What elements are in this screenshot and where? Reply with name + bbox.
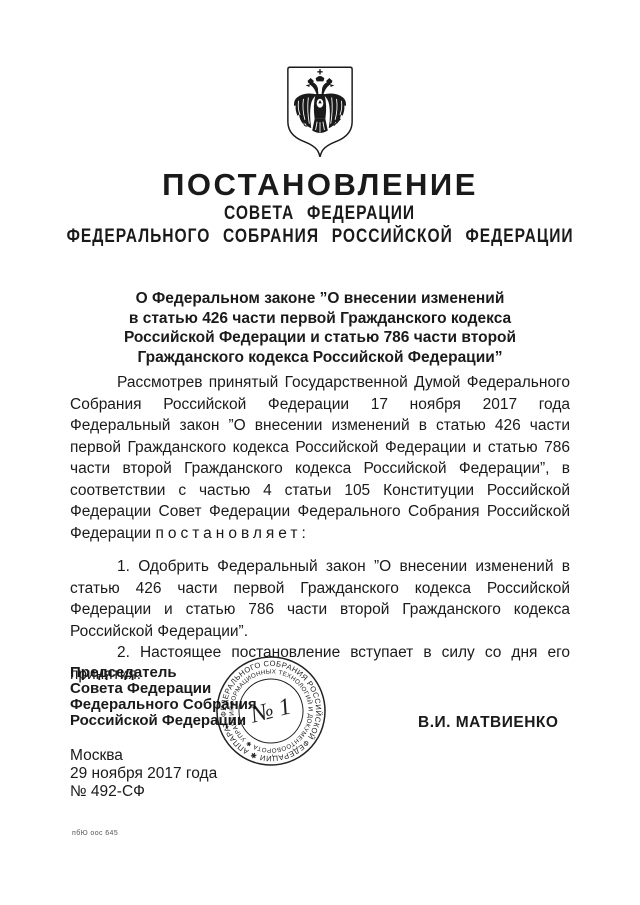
preamble-text: Рассмотрев принятый Государственной Думо… <box>70 374 570 542</box>
subject-line: Российской Федерации и статью 786 части … <box>0 328 640 348</box>
print-code: пбЮ оос 645 <box>72 830 118 837</box>
official-stamp-icon: ФЕДЕРАЛЬНОГО СОБРАНИЯ РОССИЙСКОЙ ФЕДЕРАЦ… <box>214 654 328 768</box>
stamp-number: № 1 <box>247 693 294 728</box>
subject-heading: О Федеральном законе ”О внесении изменен… <box>0 289 640 367</box>
signatory-name: В.И. МАТВИЕНКО <box>418 714 558 732</box>
subject-line: в статью 426 части первой Гражданского к… <box>0 309 640 329</box>
org-line-2-text: ФЕДЕРАЛЬНОГО СОБРАНИЯ РОССИЙСКОЙ ФЕДЕРАЦ… <box>67 226 574 248</box>
resolution-item: 1. Одобрить Федеральный закон ”О внесени… <box>70 556 570 642</box>
org-line-1-text: СОВЕТА ФЕДЕРАЦИИ <box>224 203 415 225</box>
resolve-verb: постановляет: <box>155 525 309 542</box>
document-title: ПОСТАНОВЛЕНИЕ <box>0 167 640 203</box>
footer-city: Москва <box>70 747 217 765</box>
coat-of-arms-icon <box>283 64 357 162</box>
subject-line: Гражданского кодекса Российской Федераци… <box>0 348 640 368</box>
footer-number: № 492-СФ <box>70 783 217 801</box>
org-line-1: СОВЕТА ФЕДЕРАЦИИ <box>0 203 640 225</box>
subject-line: О Федеральном законе ”О внесении изменен… <box>0 289 640 309</box>
org-line-2: ФЕДЕРАЛЬНОГО СОБРАНИЯ РОССИЙСКОЙ ФЕДЕРАЦ… <box>0 226 640 248</box>
preamble-paragraph: Рассмотрев принятый Государственной Думо… <box>70 372 570 544</box>
document-page: ПОСТАНОВЛЕНИЕ СОВЕТА ФЕДЕРАЦИИ ФЕДЕРАЛЬН… <box>0 0 640 905</box>
footer-block: Москва 29 ноября 2017 года № 492-СФ <box>70 747 217 801</box>
body-text: Рассмотрев принятый Государственной Думо… <box>70 372 570 685</box>
footer-date: 29 ноября 2017 года <box>70 765 217 783</box>
